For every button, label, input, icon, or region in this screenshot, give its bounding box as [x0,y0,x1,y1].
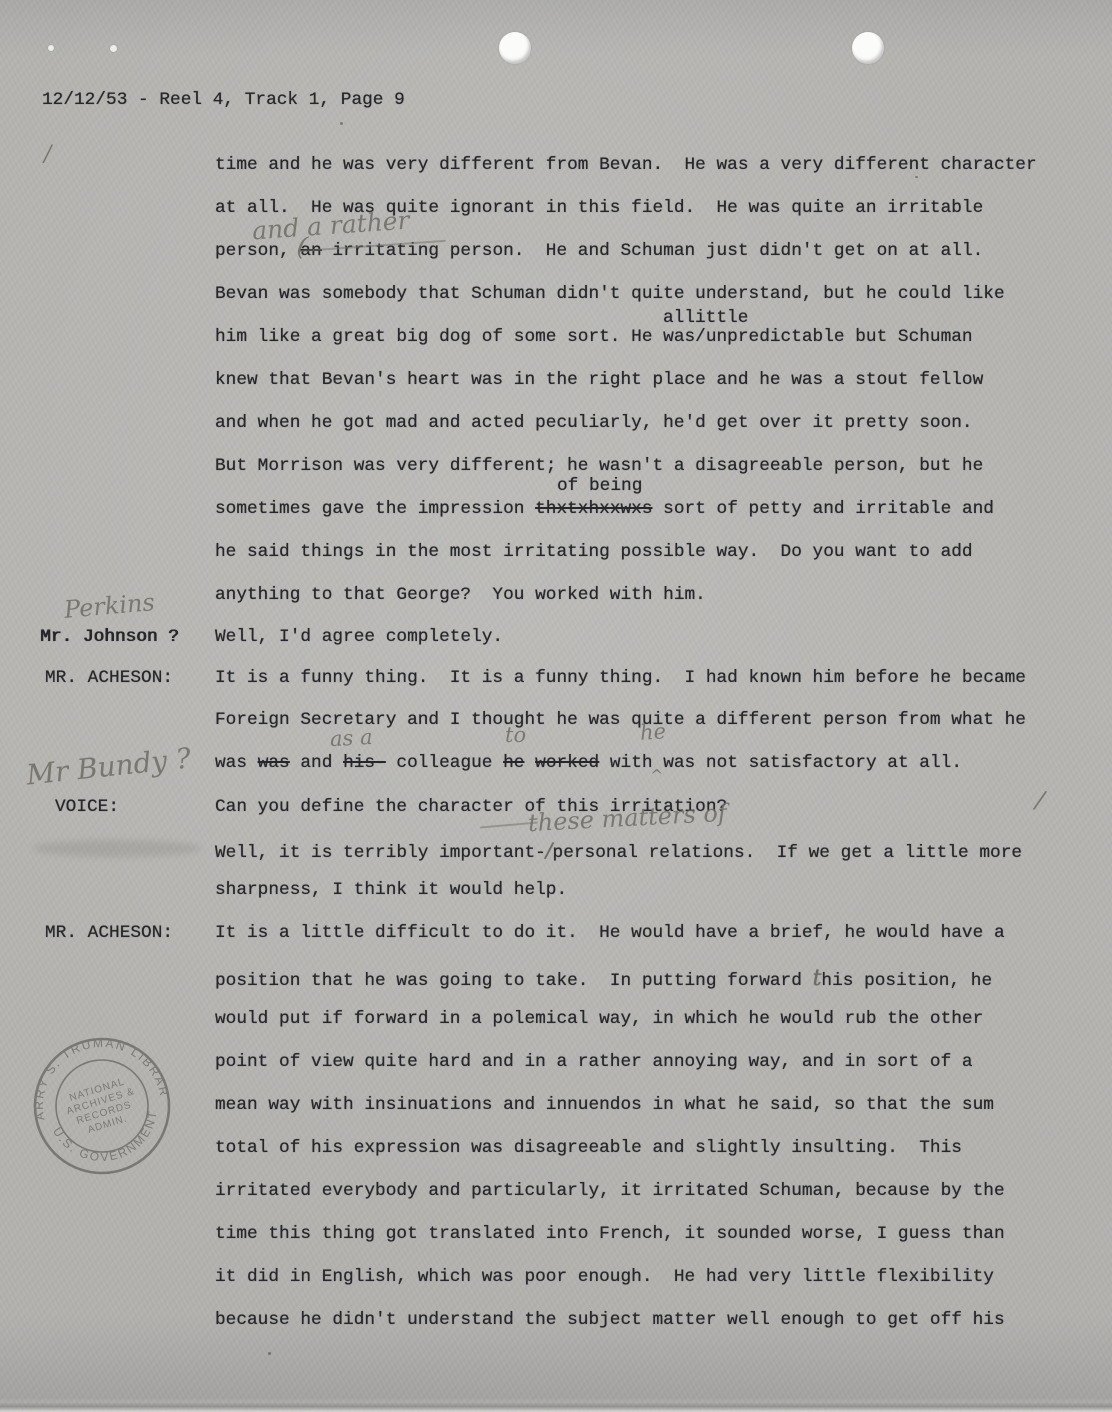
transcript-line: Well, I'd agree completely. [215,627,503,647]
line-text: mean way with insinuations and innuendos… [215,1095,994,1115]
transcript-line: Well, it is terribly important-/personal… [215,838,1022,863]
page-header: 12/12/53 - Reel 4, Track 1, Page 9 [42,90,405,110]
line-text: It is a funny thing. It is a funny thing… [215,668,1026,688]
transcript-line: But Morrison was very different; he wasn… [215,456,983,476]
line-text: because he didn't understand the subject… [215,1310,1005,1330]
punch-hole-left [499,32,531,64]
pencil-margin-slash: / [44,142,51,167]
transcript-line: and when he got mad and acted peculiarly… [215,413,973,433]
paper-fleck [48,45,54,51]
transcript-line: sometimes gave the impression thxtxhxxwx… [215,499,994,519]
transcript-line: it did in English, which was poor enough… [215,1267,994,1287]
transcript-line: he said things in the most irritating po… [215,542,973,562]
struck-word: thxtxhxxwxs [535,499,652,519]
line-text: he said things in the most irritating po… [215,542,973,562]
line-text: it did in English, which was poor enough… [215,1267,994,1287]
transcript-line: knew that Bevan's heart was in the right… [215,370,983,390]
line-text: It is a little difficult to do it. He wo… [215,923,1005,943]
line-text: and when he got mad and acted peculiarly… [215,413,973,433]
line-text: sort of petty and irritable and [653,499,994,519]
struck-word: he [503,753,524,773]
line-text: Well, I'd agree completely. [215,627,503,647]
pencil-insert-slash: / [546,838,553,862]
line-text: irritating person. He and Schuman just d… [322,241,984,261]
transcript-line: total of his expression was disagreeable… [215,1138,962,1158]
line-text: irritated everybody and particularly, it… [215,1181,1005,1201]
line-text: But Morrison was very different; he wasn… [215,456,983,476]
line-text: anything to that George? You worked with… [215,585,706,605]
paper-speck [268,1352,271,1355]
typed-insert-allittle: allittle [663,308,748,328]
speaker-label-acheson: MR. ACHESON: [45,668,173,688]
line-text: knew that Bevan's heart was in the right… [215,370,983,390]
transcript-line: Bevan was somebody that Schuman didn't q… [215,284,1005,304]
line-text: and [290,753,343,773]
line-text [524,753,535,773]
paper-speck [340,122,343,125]
transcript-line: him like a great big dog of some sort. H… [215,327,973,347]
line-text: time and he was very different from Beva… [215,155,1037,175]
line-text: sometimes gave the impression [215,499,535,519]
pencil-note-he: he [639,719,667,745]
line-text: sharpness, I think it would help. [215,880,567,900]
pencil-note-as-a: as a [329,725,373,751]
line-text: position that he was going to take. In p… [215,971,813,991]
line-text: him like a great big dog of some sort. H… [215,327,973,347]
paper-fleck [110,45,117,52]
transcript-line: anything to that George? You worked with… [215,585,706,605]
line-text: time this thing got translated into Fren… [215,1224,1005,1244]
erased-pencil-smudge [32,840,202,857]
line-text: total of his expression was disagreeable… [215,1138,962,1158]
transcript-page: 12/12/53 - Reel 4, Track 1, Page 9 / tim… [0,0,1112,1412]
struck-word: worked [535,753,599,773]
transcript-line: person, an irritating person. He and Sch… [215,241,983,261]
punch-hole-right [852,32,884,64]
line-text: personal relations. If we get a little m… [553,843,1023,863]
transcript-line: sharpness, I think it would help. [215,880,567,900]
transcript-line: It is a little difficult to do it. He wo… [215,923,1005,943]
line-text: Bevan was somebody that Schuman didn't q… [215,284,1005,304]
paper-speck [915,176,918,178]
typed-insert-of-being: of being [557,476,642,496]
pencil-right-slash: / [1034,786,1046,815]
line-text: was [215,753,258,773]
pencil-note-perkins: Perkins [63,588,156,624]
transcript-line: would put if forward in a polemical way,… [215,1009,983,1029]
line-text: Well, it is terribly important- [215,843,546,863]
transcript-line: time this thing got translated into Fren… [215,1224,1005,1244]
speaker-label-acheson: MR. ACHESON: [45,923,173,943]
pencil-caret: ^ [650,766,663,785]
line-text: would put if forward in a polemical way,… [215,1009,983,1029]
transcript-line: was was and his- colleague he worked wit… [215,753,962,773]
transcript-line: position that he was going to take. In p… [215,966,992,991]
pencil-note-mr-bundy: Mr Bundy ? [25,741,193,791]
speaker-label-johnson: Mr. Johnson ? [40,627,179,647]
struck-word: his- [343,753,386,773]
struck-word: was [258,753,290,773]
transcript-line: mean way with insinuations and innuendos… [215,1095,994,1115]
transcript-line: irritated everybody and particularly, it… [215,1181,1005,1201]
transcript-line: It is a funny thing. It is a funny thing… [215,668,1026,688]
line-text: point of view quite hard and in a rather… [215,1052,973,1072]
truman-library-stamp: HARRY S. TRUMAN LIBRARY U.S. GOVERNMENT … [1,1005,203,1207]
line-text: colleague [386,753,503,773]
transcript-line: point of view quite hard and in a rather… [215,1052,973,1072]
page-bottom-edge [0,1402,1112,1412]
speaker-label-voice: VOICE: [55,797,119,817]
pencil-note-to: to [505,723,526,747]
transcript-line: because he didn't understand the subject… [215,1310,1005,1330]
line-text: his position, he [821,971,992,991]
transcript-line: time and he was very different from Beva… [215,155,1037,175]
